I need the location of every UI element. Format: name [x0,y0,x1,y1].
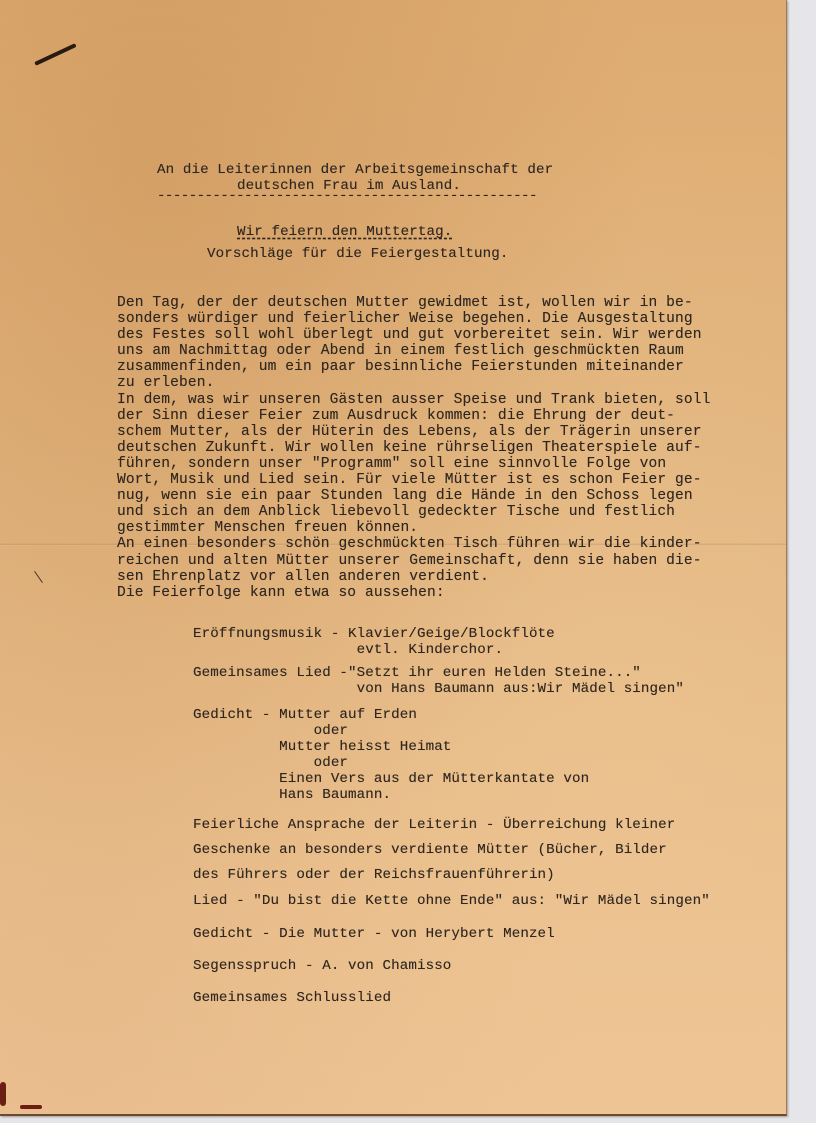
program-item-poem-menzel: Gedicht - Die Mutter - von Herybert Menz… [193,926,555,942]
body-line: des Festes soll wohl überlegt und gut vo… [117,327,710,343]
program-item-closing-song: Gemeinsames Schlusslied [193,990,391,1006]
program-item-opening-music: Eröffnungsmusik - Klavier/Geige/Blockflö… [193,626,555,658]
program-item-song: Lied - "Du bist die Kette ohne Ende" aus… [193,893,710,909]
program-item-blessing: Segensspruch - A. von Chamisso [193,958,451,974]
body-line: zu erleben. [117,375,710,391]
body-line: zusammenfinden, um ein paar besinnliche … [117,359,710,375]
body-line: uns am Nachmittag oder Abend in einem fe… [117,343,710,359]
body-line: In dem, was wir unseren Gästen ausser Sp… [117,392,710,408]
ink-stroke-mark [34,43,76,66]
body-line: deutschen Zukunft. Wir wollen keine rühr… [117,440,710,456]
edge-stain [0,1082,6,1106]
pencil-tick-mark [34,571,43,583]
program-item-poem: Gedicht - Mutter auf Erden oder Mutter h… [193,707,589,803]
header-line-1: An die Leiterinnen der Arbeitsgemeinscha… [157,162,553,178]
body-line: gestimmter Menschen freuen können. [117,520,710,536]
body-line: der Sinn dieser Feier zum Ausdruck komme… [117,408,710,424]
body-line: An einen besonders schön geschmückten Ti… [117,536,710,552]
header-rule: ----------------------------------------… [157,188,537,204]
paper-sheet: An die Leiterinnen der Arbeitsgemeinscha… [0,0,787,1116]
body-paragraphs: Den Tag, der der deutschen Mutter gewidm… [117,295,710,601]
body-line: Die Feierfolge kann etwa so aussehen: [117,585,710,601]
document-subtitle: Vorschläge für die Feiergestaltung. [207,246,509,262]
body-line: führen, sondern unser "Programm" soll ei… [117,456,710,472]
edge-stain [20,1105,42,1109]
body-line: Wort, Musik und Lied sein. Für viele Müt… [117,472,710,488]
body-line: Den Tag, der der deutschen Mutter gewidm… [117,295,710,311]
body-line: und sich an dem Anblick liebevoll gedeck… [117,504,710,520]
program-item-speech: Feierliche Ansprache der Leiterin - Über… [193,813,675,888]
document-title: Wir feiern den Muttertag. [237,224,452,240]
body-line: nug, wenn sie ein paar Stunden lang die … [117,488,710,504]
body-line: sonders würdiger und feierlicher Weise b… [117,311,710,327]
body-line: schem Mutter, als der Hüterin des Lebens… [117,424,710,440]
body-line: sen Ehrenplatz vor allen anderen verdien… [117,569,710,585]
body-line: reichen und alten Mütter unserer Gemeins… [117,553,710,569]
program-item-common-song: Gemeinsames Lied -"Setzt ihr euren Helde… [193,665,684,697]
